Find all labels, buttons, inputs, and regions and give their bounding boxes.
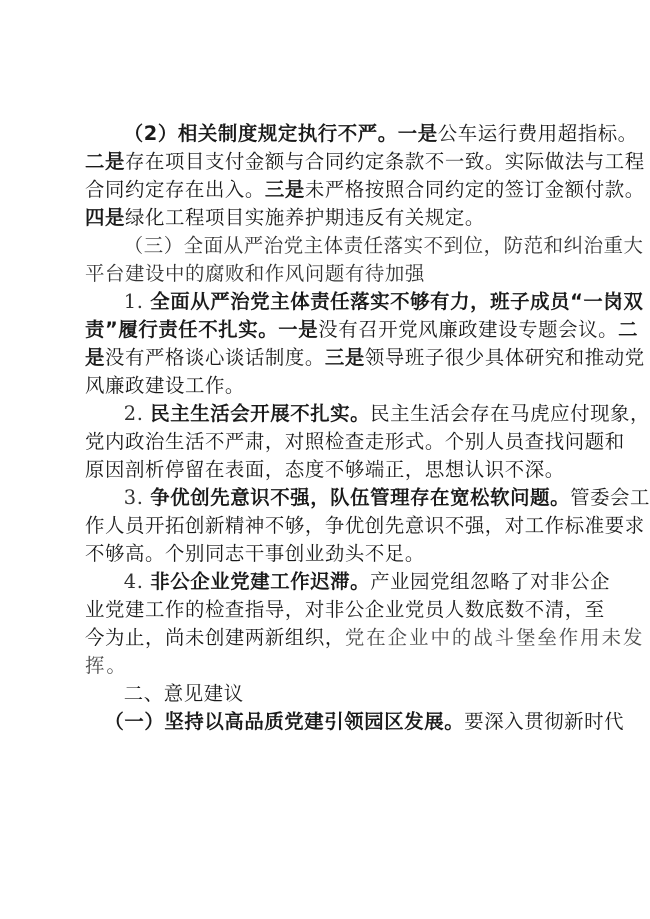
- paragraph-p2-related-rules: （2）相关制度规定执行不严。一是公车运行费用超指标。二是存在项目支付金额与合同约…: [85, 120, 569, 232]
- text-run: 领导班子很少具体研究和推动党: [365, 346, 645, 369]
- text-line: 作人员开拓创新精神不够，争优创先意识不强，对工作标准要求: [85, 512, 569, 540]
- text-line: 合同约定存在出入。三是未严格按照合同约定的签订金额付款。: [85, 176, 569, 204]
- bold-text: 责”履行责任不扎实。: [85, 318, 278, 341]
- paragraph-item-1: 1. 全面从严治党主体责任落实不够有力，班子成员“一岗双责”履行责任不扎实。一是…: [85, 288, 569, 400]
- text-line: 原因剖析停留在表面，态度不够端正，思想认识不深。: [85, 456, 569, 484]
- text-line: 平台建设中的腐败和作风问题有待加强: [85, 260, 569, 288]
- text-run: 今为止，尚未创建两新组织，: [85, 626, 345, 649]
- paragraph-item-4: 4. 非公企业党建工作迟滞。产业园党组忽略了对非公企业党建工作的检查指导，对非公…: [85, 568, 569, 680]
- text-line: 四是绿化工程项目实施养护期违反有关规定。: [85, 204, 569, 232]
- bold-text: （2）相关制度规定执行不严。: [124, 122, 398, 145]
- text-line: （2）相关制度规定执行不严。一是公车运行费用超指标。: [85, 120, 569, 148]
- text-line: 责”履行责任不扎实。一是没有召开党风廉政建设专题会议。二: [85, 316, 569, 344]
- bold-text: 二: [618, 318, 638, 341]
- text-run: 风廉政建设工作。: [85, 374, 245, 397]
- text-line: 业党建工作的检查指导，对非公企业党员人数底数不清，至: [85, 596, 569, 624]
- text-line: 党内政治生活不严肃，对照检查走形式。个别人员查找问题和: [85, 428, 569, 456]
- bold-text: 三是: [325, 346, 365, 369]
- text-line: 风廉政建设工作。: [85, 372, 569, 400]
- text-line: 今为止，尚未创建两新组织，党在企业中的战斗堡垒作用未发: [85, 624, 569, 652]
- text-run: 要深入贯彻新时代: [464, 710, 624, 733]
- text-run: 产业园党组忽略了对非公企: [370, 570, 610, 593]
- text-run: （三）全面从严治党主体责任落实不到位，防范和纠治重大: [124, 234, 644, 257]
- text-line: 1. 全面从严治党主体责任落实不够有力，班子成员“一岗双: [85, 288, 569, 316]
- paragraph-suggestion-1: （一）坚持以高品质党建引领园区发展。要深入贯彻新时代: [85, 708, 569, 736]
- text-line: 二是存在项目支付金额与合同约定条款不一致。实际做法与工程: [85, 148, 569, 176]
- paragraph-section-2-heading: 二、意见建议: [85, 680, 569, 708]
- bold-text: 民主生活会开展不扎实。: [150, 402, 370, 425]
- bold-text: 一是: [278, 318, 318, 341]
- paragraph-item-2: 2. 民主生活会开展不扎实。民主生活会存在马虎应付现象，党内政治生活不严肃，对照…: [85, 400, 569, 484]
- bold-text: 非公企业党建工作迟滞。: [150, 570, 370, 593]
- bold-text: 是: [85, 346, 105, 369]
- text-run: 党在企业中的战斗堡垒作用未发: [345, 626, 644, 649]
- text-run: 存在项目支付金额与合同约定条款不一致。实际做法与工程: [125, 150, 645, 173]
- text-line: 3. 争优创先意识不强，队伍管理存在宽松软问题。管委会工: [85, 484, 569, 512]
- text-line: 2. 民主生活会开展不扎实。民主生活会存在马虎应付现象，: [85, 400, 569, 428]
- bold-text: 争优创先意识不强，队伍管理存在宽松软问题。: [150, 486, 570, 509]
- text-line: （一）坚持以高品质党建引领园区发展。要深入贯彻新时代: [85, 708, 569, 736]
- text-run: 绿化工程项目实施养护期违反有关规定。: [125, 206, 485, 229]
- text-line: 挥。: [85, 652, 569, 680]
- text-run: 2.: [124, 402, 150, 425]
- text-line: （三）全面从严治党主体责任落实不到位，防范和纠治重大: [85, 232, 569, 260]
- text-run: 合同约定存在出入。: [85, 178, 265, 201]
- paragraph-item-3: 3. 争优创先意识不强，队伍管理存在宽松软问题。管委会工作人员开拓创新精神不够，…: [85, 484, 569, 568]
- text-run: 未严格按照合同约定的签订金额付款。: [305, 178, 645, 201]
- text-run: 民主生活会存在马虎应付现象，: [370, 402, 650, 425]
- text-line: 是没有严格谈心谈话制度。三是领导班子很少具体研究和推动党: [85, 344, 569, 372]
- bold-text: 二是: [85, 150, 125, 173]
- text-line: 4. 非公企业党建工作迟滞。产业园党组忽略了对非公企: [85, 568, 569, 596]
- paragraph-section-3-heading: （三）全面从严治党主体责任落实不到位，防范和纠治重大平台建设中的腐败和作风问题有…: [85, 232, 569, 288]
- text-run: 挥。: [85, 654, 128, 677]
- bold-text: 三是: [265, 178, 305, 201]
- text-line: 不够高。个别同志干事创业劲头不足。: [85, 540, 569, 568]
- text-run: 1.: [124, 290, 150, 313]
- text-line: 二、意见建议: [85, 680, 569, 708]
- text-run: 原因剖析停留在表面，态度不够端正，思想认识不深。: [85, 458, 565, 481]
- bold-text: 全面从严治党主体责任落实不够有力，班子成员“一岗双: [150, 290, 643, 313]
- document-body: （2）相关制度规定执行不严。一是公车运行费用超指标。二是存在项目支付金额与合同约…: [85, 120, 569, 736]
- bold-text: （一）坚持以高品质党建引领园区发展。: [104, 710, 464, 733]
- text-run: 业党建工作的检查指导，对非公企业党员人数底数不清，至: [85, 598, 605, 621]
- text-run: 不够高。个别同志干事创业劲头不足。: [85, 542, 425, 565]
- text-run: 二、意见建议: [124, 682, 244, 705]
- text-run: 没有召开党风廉政建设专题会议。: [318, 318, 618, 341]
- document-page: （2）相关制度规定执行不严。一是公车运行费用超指标。二是存在项目支付金额与合同约…: [85, 120, 569, 736]
- text-run: 4.: [124, 570, 150, 593]
- text-run: 党内政治生活不严肃，对照检查走形式。个别人员查找问题和: [85, 430, 625, 453]
- text-run: 作人员开拓创新精神不够，争优创先意识不强，对工作标准要求: [85, 514, 645, 537]
- text-run: 管委会工: [570, 486, 650, 509]
- text-run: 3.: [124, 486, 150, 509]
- text-run: 公车运行费用超指标。: [438, 122, 638, 145]
- bold-text: 四是: [85, 206, 125, 229]
- text-run: 没有严格谈心谈话制度。: [105, 346, 325, 369]
- text-run: 平台建设中的腐败和作风问题有待加强: [85, 262, 425, 285]
- bold-text: 一是: [398, 122, 438, 145]
